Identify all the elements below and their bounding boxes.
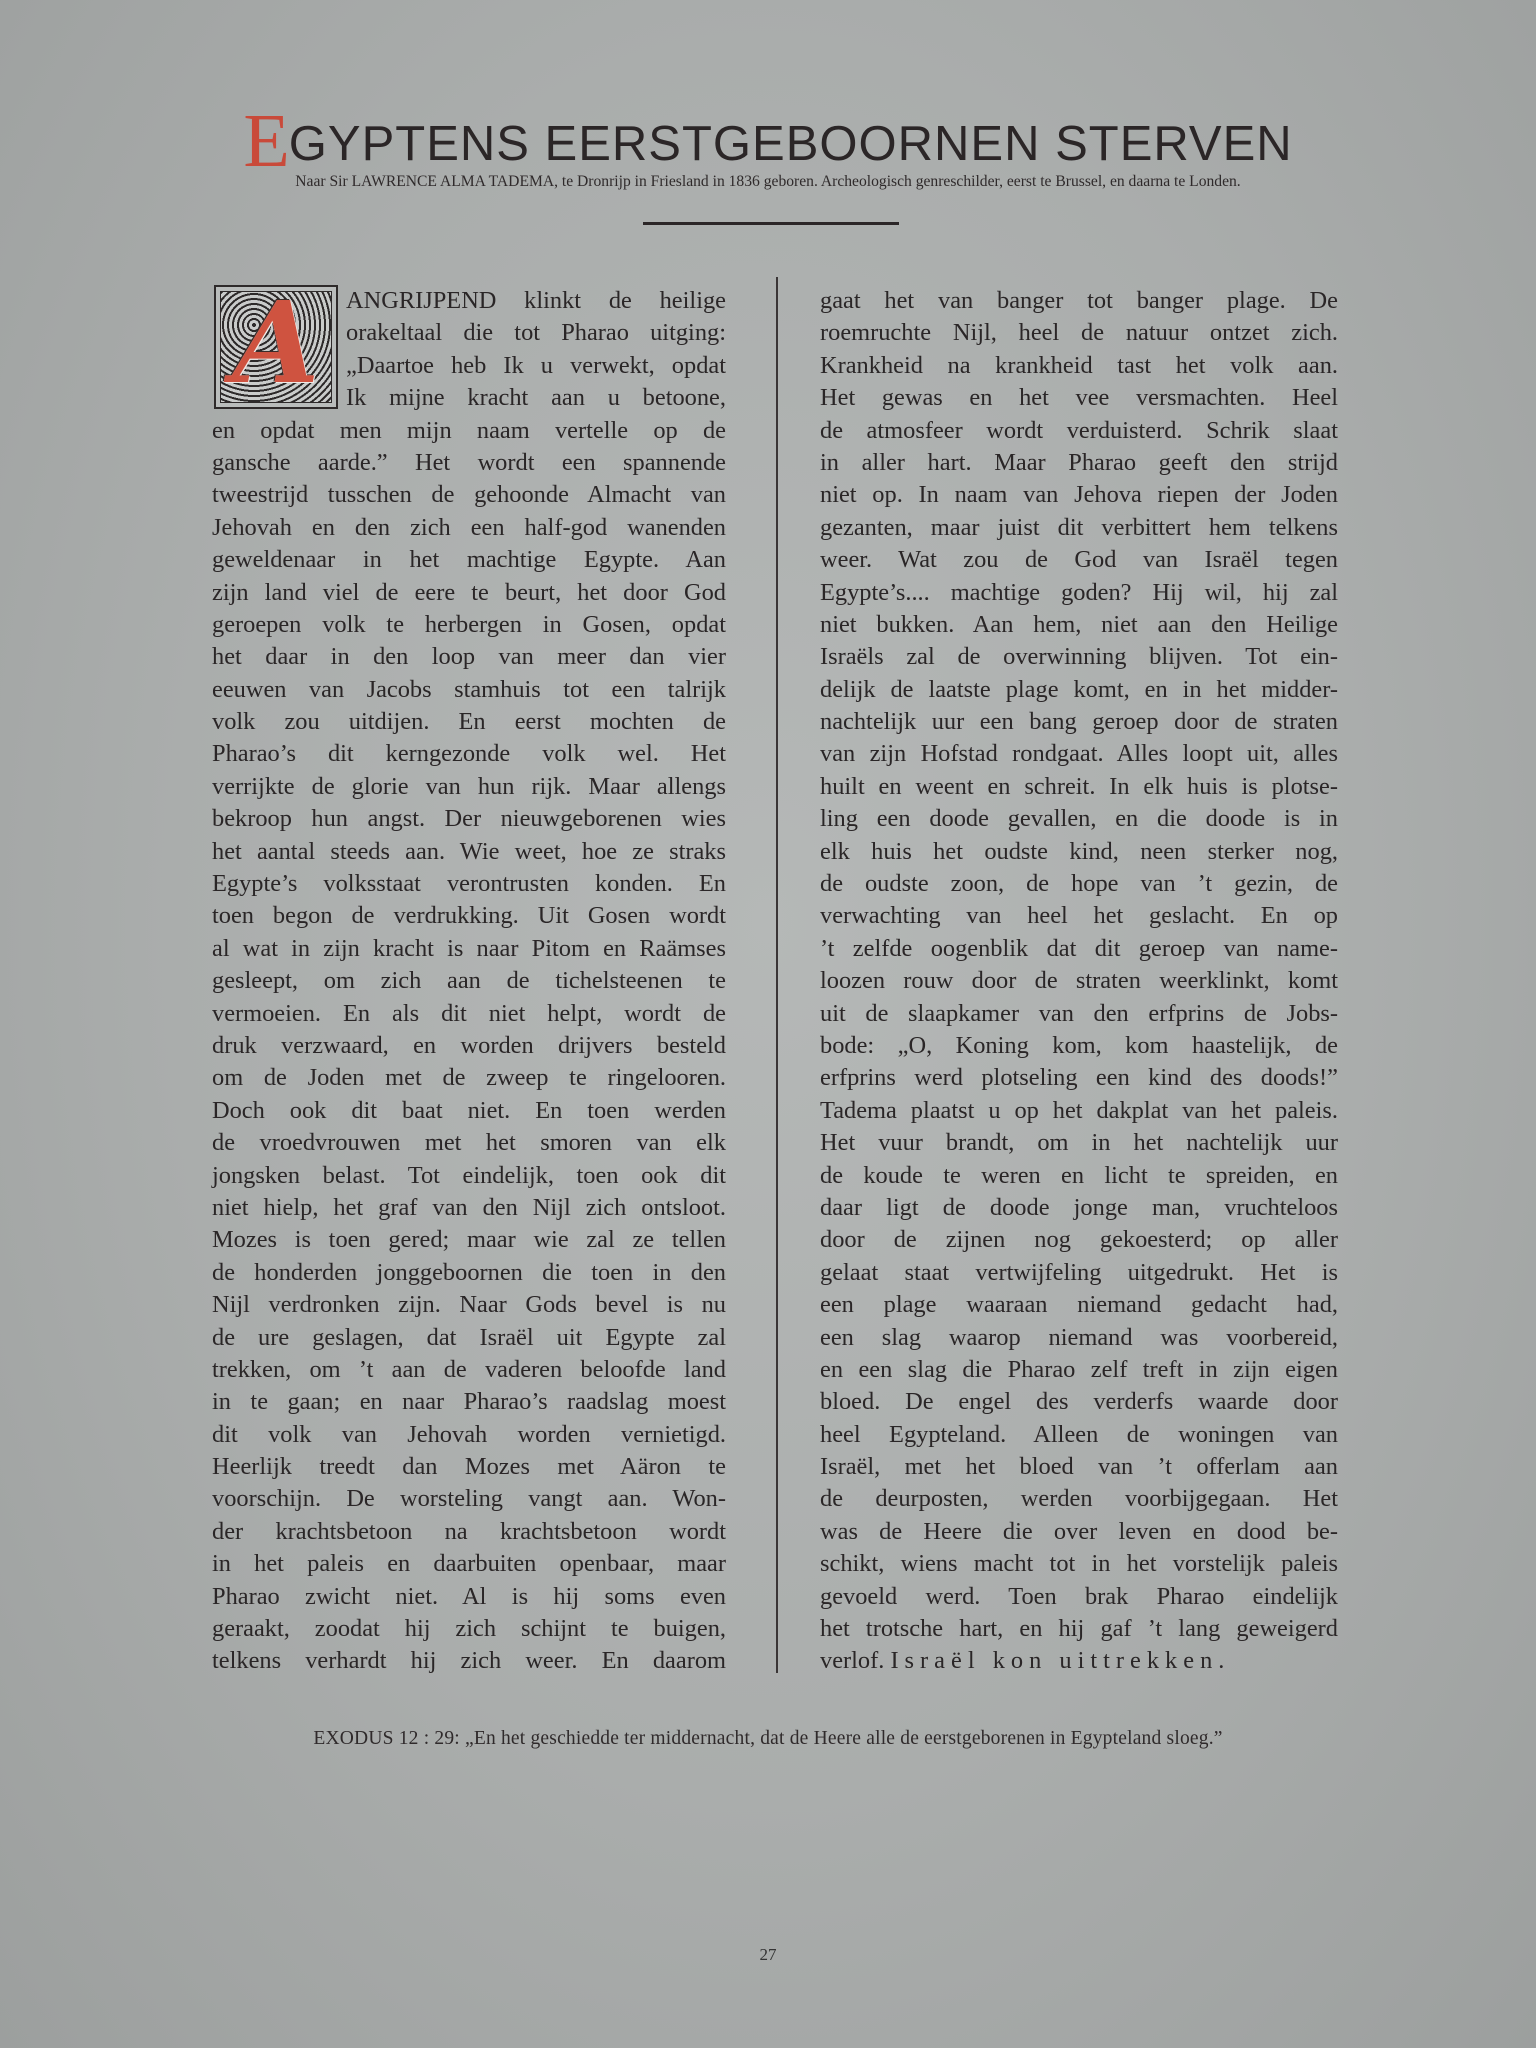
text-line: een slag waarop niemand was voorbereid, — [820, 1322, 1338, 1354]
text-line: ANGRIJPEND klinkt de heilige — [346, 285, 726, 317]
text-line: de ure geslagen, dat Israël uit Egypte z… — [212, 1322, 726, 1354]
text-line: Krankheid na krankheid tast het volk aan… — [820, 350, 1338, 382]
text-line: gesleept, om zich aan de tichelsteenen t… — [212, 965, 726, 997]
text-line: in te gaan; en naar Pharao’s raadslag mo… — [212, 1386, 726, 1418]
text-line: zijn land viel de eere te beurt, het doo… — [212, 577, 726, 609]
text-line: het trotsche hart, en hij gaf ’t lang ge… — [820, 1613, 1338, 1645]
text-line: Israël, met het bloed van ’t offerlam aa… — [820, 1451, 1338, 1483]
text-line: Tadema plaatst u op het dakplat van het … — [820, 1095, 1338, 1127]
text-line: de koude te weren en licht te spreiden, … — [820, 1160, 1338, 1192]
page-title: EGYPTENS EERSTGEBOORNEN STERVEN — [0, 98, 1536, 185]
text-line: geroepen volk te herbergen in Gosen, opd… — [212, 609, 726, 641]
text-line: loozen rouw door de straten weerklinkt, … — [820, 965, 1338, 997]
title-rule-divider — [643, 222, 899, 225]
text-line: bode: „O, Koning kom, kom haastelijk, de — [820, 1030, 1338, 1062]
text-line: Heerlijk treedt dan Mozes met Aäron te — [212, 1451, 726, 1483]
text-line: een plage waaraan niemand gedacht had, — [820, 1289, 1338, 1321]
text-line: en opdat men mijn naam vertelle op de — [212, 415, 726, 447]
text-line: was de Heere die over leven en dood be- — [820, 1516, 1338, 1548]
text-line: dit volk van Jehovah worden vernietigd. — [212, 1419, 726, 1451]
title-initial: E — [243, 99, 290, 183]
text-line: Doch ook dit baat niet. En toen werden — [212, 1095, 726, 1127]
text-line: verrijkte de glorie van hun rijk. Maar a… — [212, 771, 726, 803]
text-line: „Daartoe heb Ik u verwekt, opdat — [346, 350, 726, 382]
text-line: ’t zelfde oogenblik dat dit geroep van n… — [820, 933, 1338, 965]
text-line: de deurposten, werden voorbijgegaan. Het — [820, 1483, 1338, 1515]
text-line: al wat in zijn kracht is naar Pitom en R… — [212, 933, 726, 965]
text-line: druk verzwaard, en worden drijvers beste… — [212, 1030, 726, 1062]
text-line: Het vuur brandt, om in het nachtelijk uu… — [820, 1127, 1338, 1159]
text-line: eeuwen van Jacobs stamhuis tot een talri… — [212, 674, 726, 706]
text-line: tweestrijd tusschen de gehoonde Almacht … — [212, 479, 726, 511]
text-line: der krachtsbetoon na krachtsbetoon wordt — [212, 1516, 726, 1548]
text-line: in aller hart. Maar Pharao geeft den str… — [820, 447, 1338, 479]
text-line: gevoeld werd. Toen brak Pharao eindelijk — [820, 1581, 1338, 1613]
text-line: verwachting van heel het geslacht. En op — [820, 900, 1338, 932]
text-line: roemruchte Nijl, heel de natuur ontzet z… — [820, 317, 1338, 349]
text-line: Israëls zal de overwinning blijven. Tot … — [820, 641, 1338, 673]
final-line-spaced-emphasis: Israël kon uittrekken. — [890, 1647, 1230, 1674]
text-line: Het gewas en het vee versmachten. Heel — [820, 382, 1338, 414]
text-line: uit de slaapkamer van den erfprins de Jo… — [820, 998, 1338, 1030]
text-line: de honderden jonggeboornen die toen in d… — [212, 1257, 726, 1289]
text-line: orakeltaal die tot Pharao uitging: — [346, 317, 726, 349]
text-line: ling een doode gevallen, en die doode is… — [820, 803, 1338, 835]
final-line-prefix: verlof. — [820, 1647, 890, 1674]
text-line: gansche aarde.” Het wordt een spannende — [212, 447, 726, 479]
text-line: schikt, wiens macht tot in het vorstelij… — [820, 1548, 1338, 1580]
text-line: erfprins werd plotseling een kind des do… — [820, 1062, 1338, 1094]
text-line: de vroedvrouwen met het smoren van elk — [212, 1127, 726, 1159]
text-line: geweldenaar in het machtige Egypte. Aan — [212, 544, 726, 576]
text-line: de oudste zoon, de hope van ’t gezin, de — [820, 868, 1338, 900]
text-line: gaat het van banger tot banger plage. De — [820, 285, 1338, 317]
text-line: toen begon de verdrukking. Uit Gosen wor… — [212, 900, 726, 932]
text-column-right: gaat het van banger tot banger plage. De… — [820, 285, 1338, 1678]
text-line: geraakt, zoodat hij zich schijnt te buig… — [212, 1613, 726, 1645]
text-line: telkens verhardt hij zich weer. En daaro… — [212, 1645, 726, 1677]
text-line: weer. Wat zou de God van Israël tegen — [820, 544, 1338, 576]
text-line: gelaat staat vertwijfeling uitgedrukt. H… — [820, 1257, 1338, 1289]
text-line: Jehovah en den zich een half-god wanende… — [212, 512, 726, 544]
text-line: door de zijnen nog gekoesterd; op aller — [820, 1224, 1338, 1256]
page-number: 27 — [0, 1945, 1536, 1965]
text-line: het aantal steeds aan. Wie weet, hoe ze … — [212, 836, 726, 868]
text-line: vermoeien. En als dit niet helpt, wordt … — [212, 998, 726, 1030]
text-line: volk zou uitdijen. En eerst mochten de — [212, 706, 726, 738]
text-line: Mozes is toen gered; maar wie zal ze tel… — [212, 1224, 726, 1256]
scripture-quote: EXODUS 12 : 29: „En het geschiedde ter m… — [0, 1728, 1536, 1750]
text-line: Pharao’s dit kerngezonde volk wel. Het — [212, 738, 726, 770]
text-line-final: verlof. Israël kon uittrekken. — [820, 1645, 1338, 1677]
text-line: de atmosfeer wordt verduisterd. Schrik s… — [820, 415, 1338, 447]
text-line: daar ligt de doode jonge man, vruchteloo… — [820, 1192, 1338, 1224]
subtitle-artist-credit: Naar Sir LAWRENCE ALMA TADEMA, te Dronri… — [0, 173, 1536, 191]
text-line: delijk de laatste plage komt, en in het … — [820, 674, 1338, 706]
text-line: nachtelijk uur een bang geroep door de s… — [820, 706, 1338, 738]
text-line: en een slag die Pharao zelf treft in zij… — [820, 1354, 1338, 1386]
text-line: om de Joden met de zweep te ringelooren. — [212, 1062, 726, 1094]
text-line: voorschijn. De worsteling vangt aan. Won… — [212, 1483, 726, 1515]
text-line: bloed. De engel des verderfs waarde door — [820, 1386, 1338, 1418]
text-line: huilt en weent en schreit. In elk huis i… — [820, 771, 1338, 803]
text-line: bekroop hun angst. Der nieuwgeborenen wi… — [212, 803, 726, 835]
text-line: in het paleis en daarbuiten openbaar, ma… — [212, 1548, 726, 1580]
text-line: niet op. In naam van Jehova riepen der J… — [820, 479, 1338, 511]
text-line: het daar in den loop van meer dan vier — [212, 641, 726, 673]
text-line: Pharao zwicht niet. Al is hij soms even — [212, 1581, 726, 1613]
text-column-left: ANGRIJPEND klinkt de heiligeorakeltaal d… — [212, 285, 726, 1678]
title-text: GYPTENS EERSTGEBOORNEN STERVEN — [289, 117, 1293, 171]
text-line: gezanten, maar juist dit verbittert hem … — [820, 512, 1338, 544]
text-line: niet bukken. Aan hem, niet aan den Heili… — [820, 609, 1338, 641]
text-line: jongsken belast. Tot eindelijk, toen ook… — [212, 1160, 726, 1192]
text-line: Nijl verdronken zijn. Naar Gods bevel is… — [212, 1289, 726, 1321]
text-line: heel Egypteland. Alleen de woningen van — [820, 1419, 1338, 1451]
text-line: van zijn Hofstad rondgaat. Alles loopt u… — [820, 738, 1338, 770]
text-line: niet hielp, het graf van den Nijl zich o… — [212, 1192, 726, 1224]
text-line: Ik mijne kracht aan u betoone, — [346, 382, 726, 414]
text-line: Egypte’s.... machtige goden? Hij wil, hi… — [820, 577, 1338, 609]
text-line: elk huis het oudste kind, neen sterker n… — [820, 836, 1338, 868]
text-line: Egypte’s volksstaat verontrusten konden.… — [212, 868, 726, 900]
column-divider — [776, 277, 778, 1673]
text-line: trekken, om ’t aan de vaderen beloofde l… — [212, 1354, 726, 1386]
